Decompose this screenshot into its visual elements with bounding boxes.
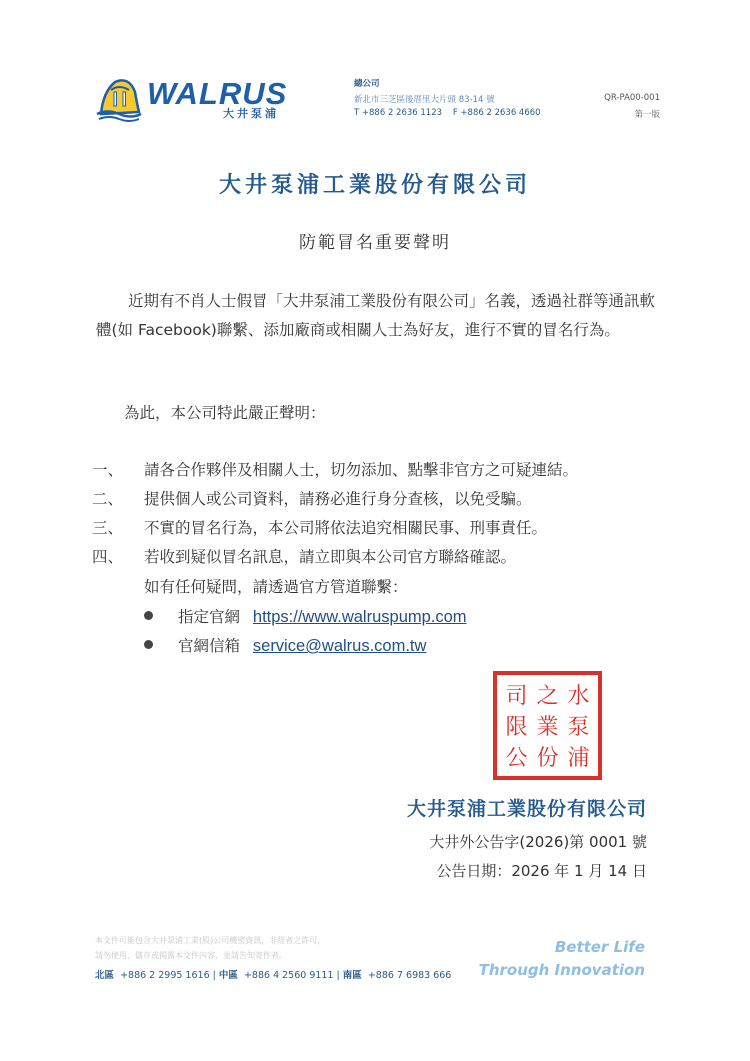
seal-char: 水 [563, 679, 594, 710]
signature-company: 大井泵浦工業股份有限公司 [407, 794, 647, 821]
seal-char: 業 [532, 710, 563, 741]
seal-char: 泵 [563, 710, 594, 741]
seal-char: 司 [501, 679, 532, 710]
list-number: 二、 [92, 485, 142, 514]
contact-label: 官網信箱 [178, 637, 240, 655]
bullet-icon [144, 611, 153, 620]
separator: | [213, 970, 216, 981]
region-central: 中區 [219, 970, 238, 981]
phone-central: +886 4 2560 9111 [244, 970, 334, 981]
separator: | [337, 970, 340, 981]
hq-phone-fax: T +886 2 2636 1123 F +886 2 2636 4660 [354, 108, 541, 118]
list-text: 請各合作夥伴及相關人士，切勿添加、點擊非官方之可疑連結。 [144, 456, 578, 485]
bullet-icon [144, 640, 153, 649]
walrus-logo-icon [95, 74, 143, 122]
seal-char: 份 [532, 741, 563, 772]
announcement-date: 公告日期：2026 年 1 月 14 日 [436, 860, 647, 881]
list-number: 三、 [92, 514, 142, 543]
list-text: 若收到疑似冒名訊息，請立即與本公司官方聯絡確認。 [144, 543, 516, 572]
document-code: QR-PA00-001 [604, 93, 660, 103]
website-link[interactable]: https://www.walruspump.com [253, 608, 467, 626]
company-title: 大井泵浦工業股份有限公司 [0, 168, 750, 199]
contact-website: 指定官網 https://www.walruspump.com [144, 603, 467, 632]
region-south: 南區 [343, 970, 362, 981]
list-text: 提供個人或公司資料，請務必進行身分查核，以免受騙。 [144, 485, 532, 514]
confidentiality-note: 本文件可能包含大井泵浦工業(股)公司機密資訊，非經者之許可， [95, 935, 325, 946]
region-north: 北區 [95, 970, 114, 981]
phone-south: +886 7 6983 666 [368, 970, 452, 981]
declaration-lead: 為此，本公司特此嚴正聲明： [124, 401, 326, 423]
email-link[interactable]: service@walrus.com.tw [253, 637, 427, 655]
logo-subtitle: 大井泵浦 [223, 105, 279, 121]
contact-email: 官網信箱 service@walrus.com.tw [144, 632, 467, 661]
seal-char: 限 [501, 710, 532, 741]
announcement-number: 大井外公告字(2026)第 0001 號 [429, 831, 647, 852]
slogan-line2: Through Innovation [479, 961, 645, 979]
list-number: 一、 [92, 456, 142, 485]
confidentiality-note: 請勿使用、儲存或揭露本文件內容，並請告知寄件者。 [95, 950, 287, 961]
hq-title: 總公司 [354, 77, 380, 89]
seal-char: 之 [532, 679, 563, 710]
hq-phone: T +886 2 2636 1123 [354, 108, 442, 118]
list-text: 不實的冒名行為，本公司將依法追究相關民事、刑事責任。 [144, 514, 547, 543]
seal-char: 公 [501, 741, 532, 772]
hq-fax: F +886 2 2636 4660 [453, 108, 541, 118]
company-seal-stamp: 司 之 水 限 業 泵 公 份 浦 [493, 671, 602, 780]
contact-list: 指定官網 https://www.walruspump.com 官網信箱 ser… [144, 603, 467, 661]
slogan-line1: Better Life [555, 938, 645, 956]
regional-phones: 北區 +886 2 2995 1616 | 中區 +886 4 2560 911… [95, 967, 451, 981]
intro-paragraph: 近期有不肖人士假冒「大井泵浦工業股份有限公司」名義，透過社群等通訊軟體(如 Fa… [96, 287, 656, 345]
phone-north: +886 2 2995 1616 [120, 970, 210, 981]
list-number: 四、 [92, 543, 142, 572]
contact-label: 指定官網 [178, 608, 240, 626]
seal-char: 浦 [563, 741, 594, 772]
hq-address: 新北市三芝區後厝里大片頭 83-14 號 [354, 93, 495, 105]
document-title: 防範冒名重要聲明 [0, 228, 750, 253]
contact-intro: 如有任何疑問，請透過官方管道聯繫： [144, 573, 408, 602]
document-version: 第一版 [634, 108, 660, 120]
company-logo: WALRUS 大井泵浦 [95, 74, 285, 122]
intro-text: 近期有不肖人士假冒「大井泵浦工業股份有限公司」名義，透過社群等通訊軟體(如 Fa… [96, 292, 655, 339]
